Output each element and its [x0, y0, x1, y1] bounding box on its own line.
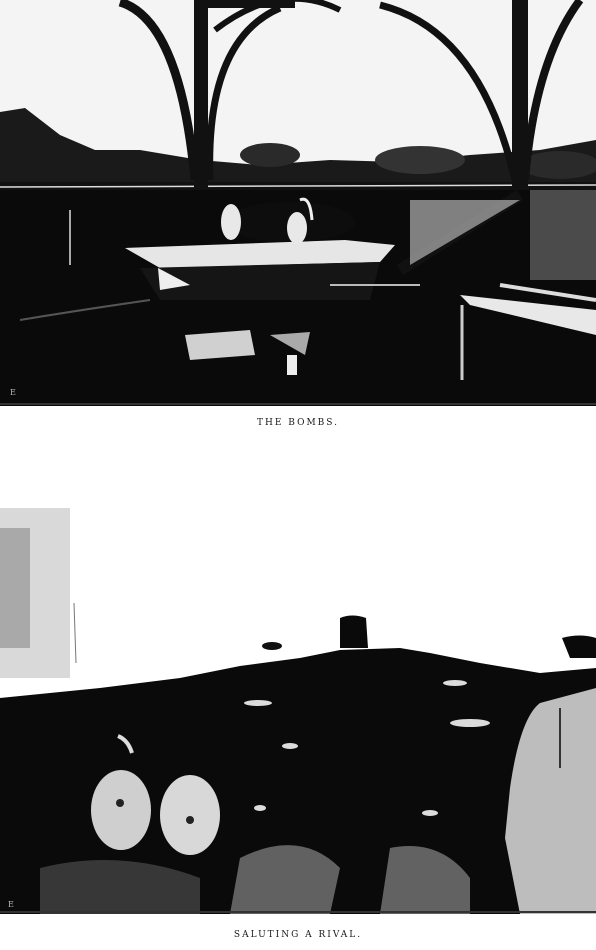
- photo-the-bombs: E: [0, 0, 596, 406]
- hillside-scene-illustration: [0, 508, 596, 914]
- photo-saluting-a-rival: E: [0, 508, 596, 914]
- veranda-scene-illustration: [0, 0, 596, 406]
- caption-the-bombs: THE BOMBS.: [0, 418, 596, 428]
- plate-mark: E: [8, 900, 14, 909]
- caption-saluting-a-rival: SALUTING A RIVAL.: [0, 930, 596, 940]
- plate-mark: E: [10, 388, 16, 397]
